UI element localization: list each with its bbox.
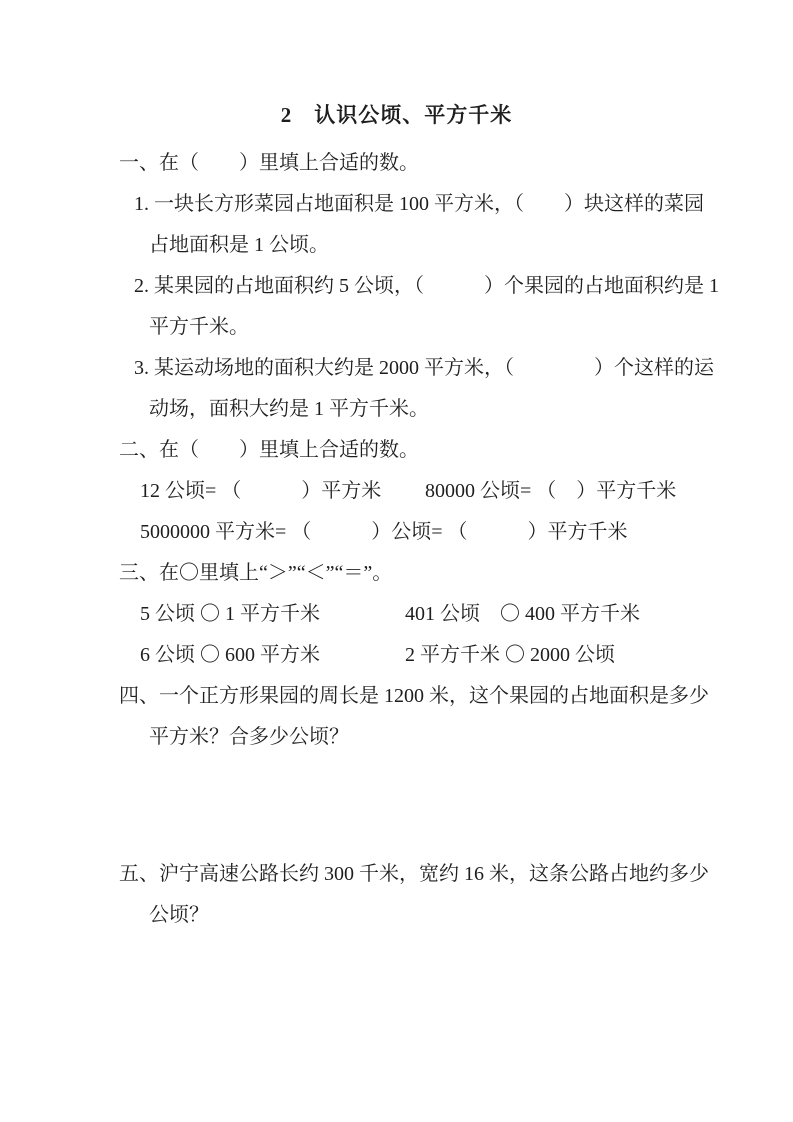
- worksheet-body: 一、在（ ）里填上合适的数。 1. 一块长方形菜园占地面积是 100 平方米，（…: [0, 143, 793, 936]
- comparison-row-2-left: 6 公顷 〇 600 平方米: [140, 644, 320, 666]
- comparison-row-2: 6 公顷 〇 600 平方米 2 平方千米 〇 2000 公顷: [0, 635, 793, 676]
- section-3-heading: 三、在〇里填上“＞”“＜”“＝”。: [0, 553, 793, 594]
- problem-4-line-2: 平方米？合多少公顷？: [0, 717, 793, 758]
- problem-5-line-2: 公顷？: [0, 895, 793, 936]
- conversion-row-1: 12 公顷= （ ）平方米 80000 公顷= （ ）平方千米: [0, 471, 793, 512]
- worksheet-title: 2 认识公顷、平方千米: [0, 95, 793, 135]
- conversion-row-1-left: 12 公顷= （ ）平方米: [140, 480, 381, 502]
- conversion-row-1-right: 80000 公顷= （ ）平方千米: [425, 471, 676, 512]
- problem-1-2-line-1: 2. 某果园的占地面积约 5 公顷，（ ）个果园的占地面积约是 1: [0, 266, 793, 307]
- section-2-heading: 二、在（ ）里填上合适的数。: [0, 430, 793, 471]
- answer-space-problem-4: [0, 758, 793, 854]
- comparison-row-1-left: 5 公顷 〇 1 平方千米: [140, 603, 320, 625]
- problem-1-3-line-1: 3. 某运动场地的面积大约是 2000 平方米，（ ）个这样的运: [0, 348, 793, 389]
- comparison-row-1-right: 401 公顷 〇 400 平方千米: [405, 594, 640, 635]
- problem-1-1-line-1: 1. 一块长方形菜园占地面积是 100 平方米，（ ）块这样的菜园: [0, 184, 793, 225]
- conversion-row-2: 5000000 平方米= （ ）公顷= （ ）平方千米: [0, 512, 793, 553]
- problem-1-1-line-2: 占地面积是 1 公顷。: [0, 225, 793, 266]
- problem-1-3-line-2: 动场，面积大约是 1 平方千米。: [0, 389, 793, 430]
- worksheet-page: 2 认识公顷、平方千米 一、在（ ）里填上合适的数。 1. 一块长方形菜园占地面…: [0, 0, 793, 1122]
- problem-1-2-line-2: 平方千米。: [0, 307, 793, 348]
- comparison-row-1: 5 公顷 〇 1 平方千米 401 公顷 〇 400 平方千米: [0, 594, 793, 635]
- problem-4-line-1: 四、一个正方形果园的周长是 1200 米，这个果园的占地面积是多少: [0, 676, 793, 717]
- comparison-row-2-right: 2 平方千米 〇 2000 公顷: [405, 635, 615, 676]
- section-1-heading: 一、在（ ）里填上合适的数。: [0, 143, 793, 184]
- problem-5-line-1: 五、沪宁高速公路长约 300 千米，宽约 16 米，这条公路占地约多少: [0, 854, 793, 895]
